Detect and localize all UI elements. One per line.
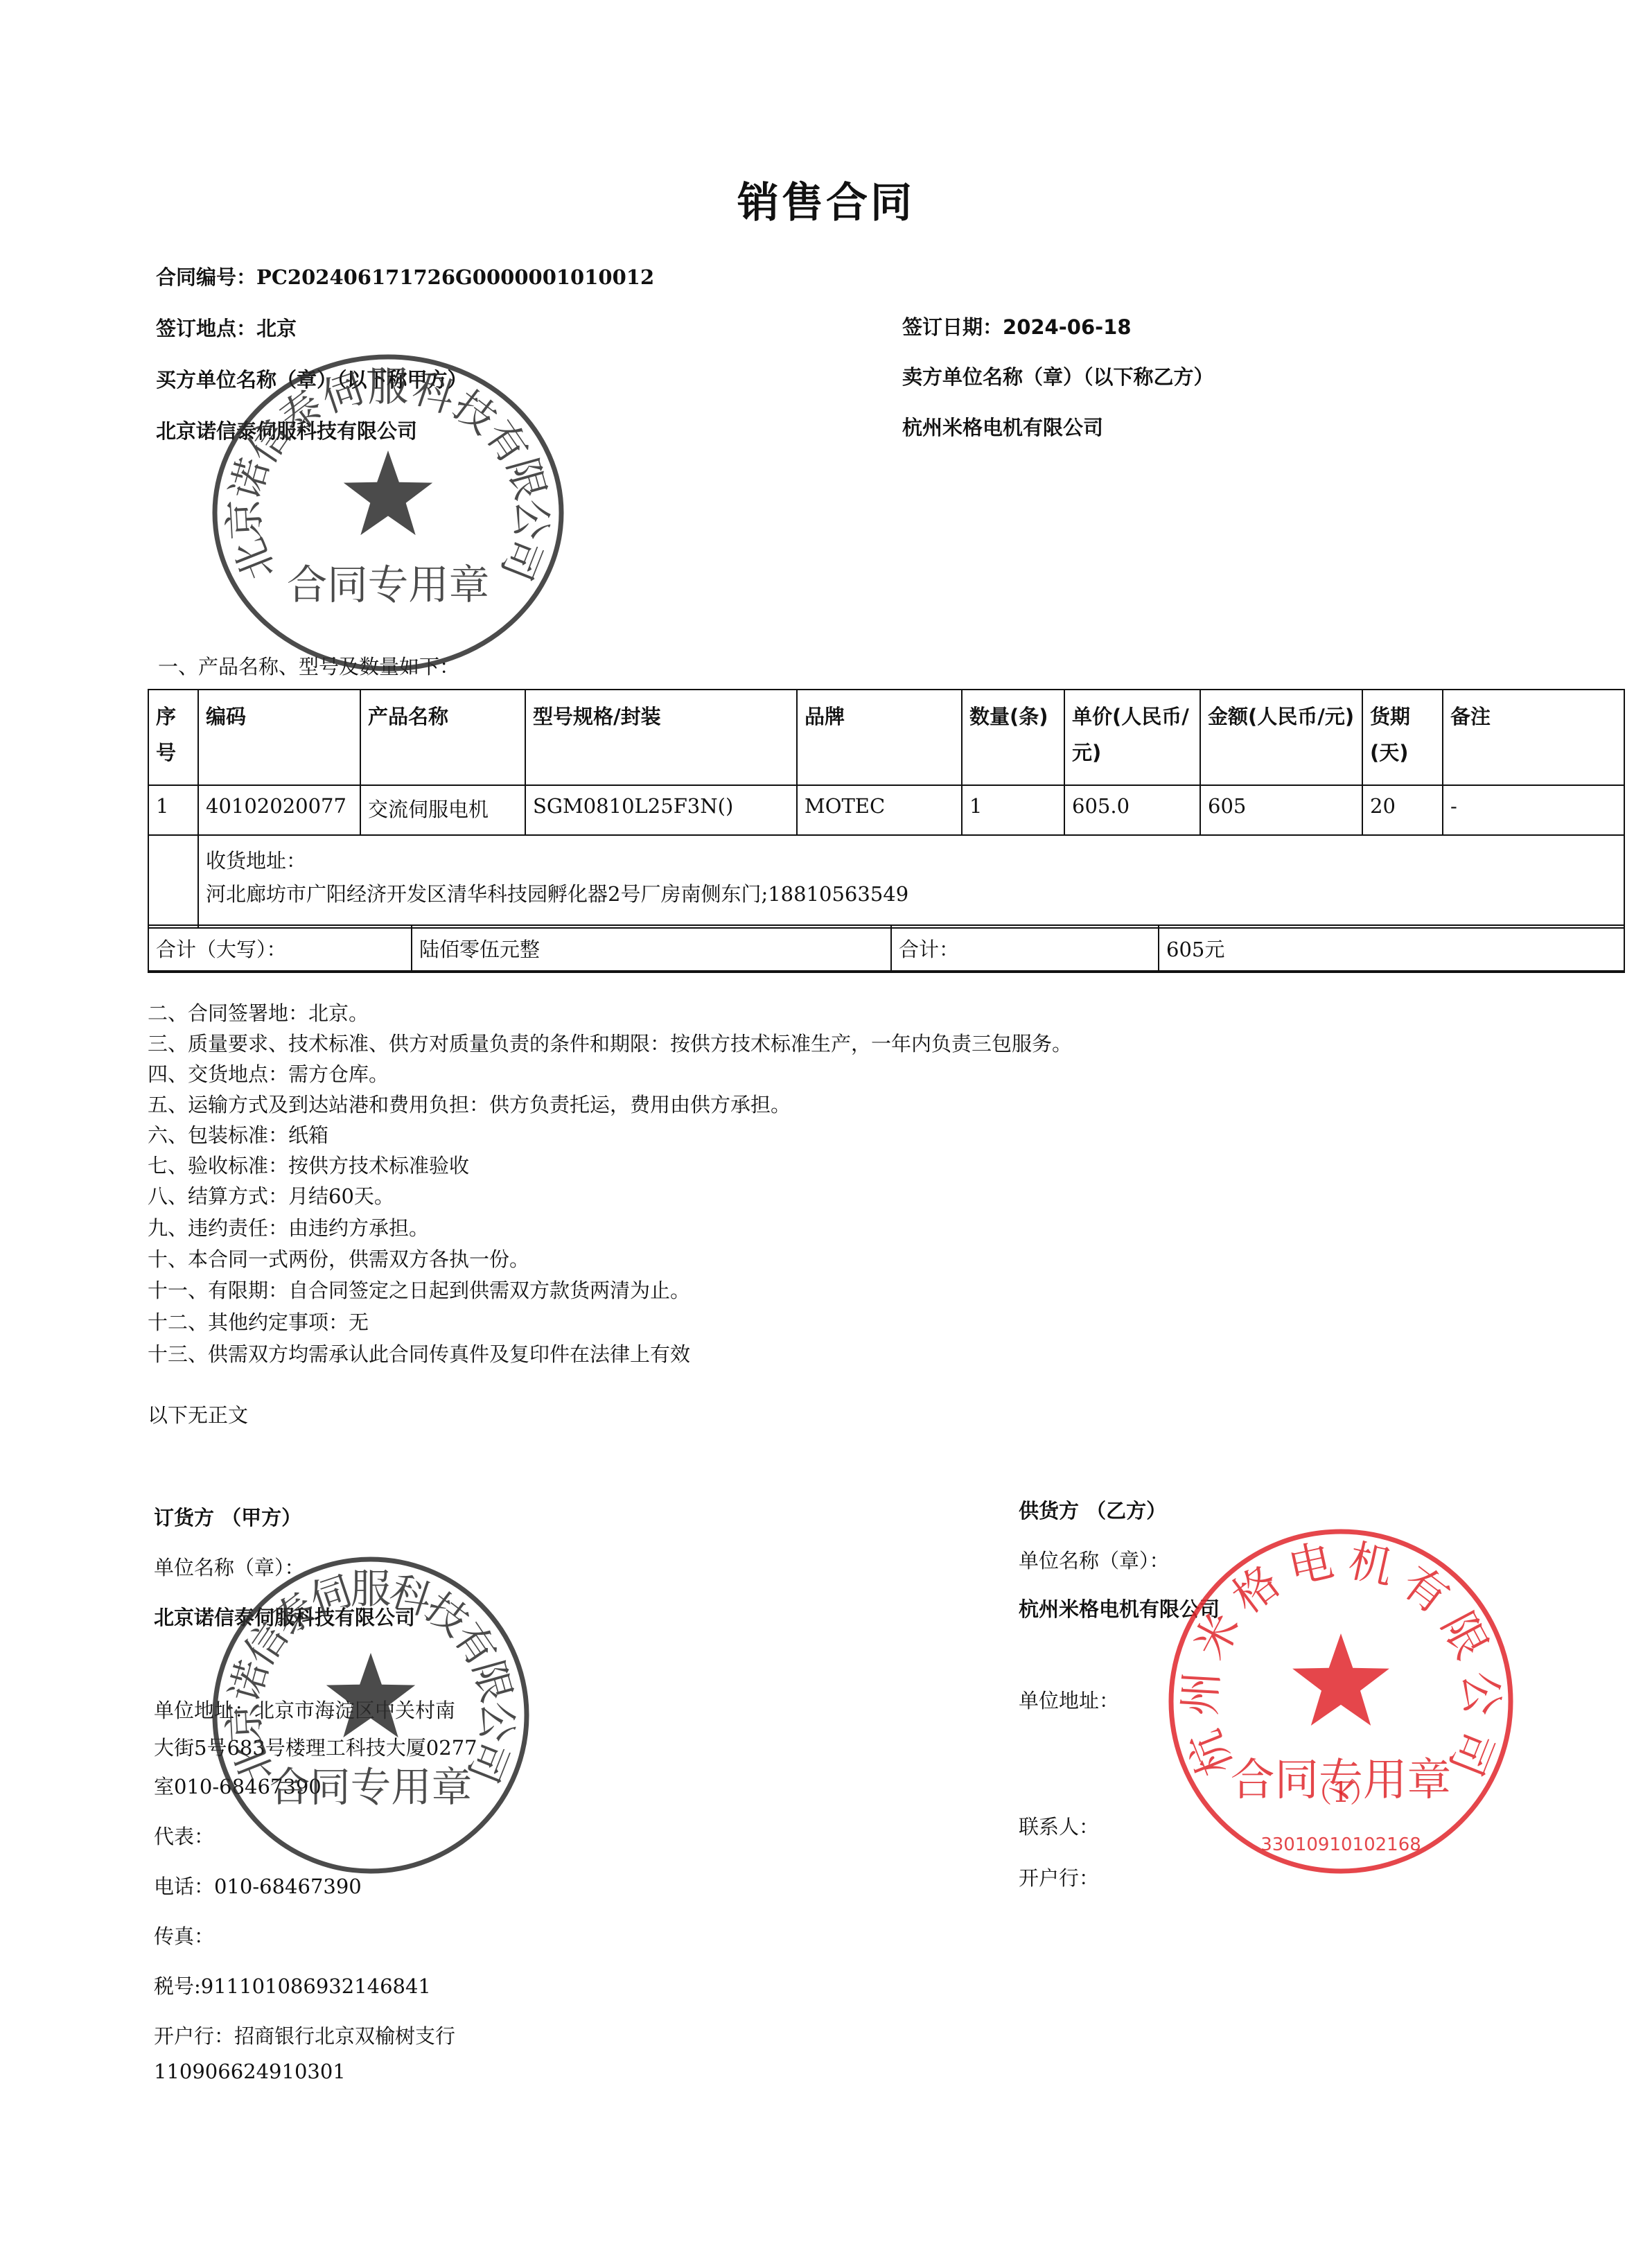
seller-address-label: 单位地址： [1019, 1685, 1119, 1714]
svg-text:电: 电 [1284, 1535, 1338, 1595]
cell-amount: 605 [1200, 785, 1362, 835]
term-5: 五、运输方式及到达站港和费用负担：供方负责托运，费用由供方承担。 [148, 1089, 791, 1118]
svg-text:限: 限 [498, 453, 554, 505]
seller-block-heading: 供货方 （乙方） [1019, 1496, 1166, 1524]
buyer-name: 北京诺信泰伺服科技有限公司 [156, 416, 417, 444]
buyer-block-name: 北京诺信泰伺服科技有限公司 [154, 1602, 415, 1631]
header-amount: 金额(人民币/元) [1200, 690, 1362, 785]
term-9: 九、违约责任：由违约方承担。 [148, 1213, 429, 1241]
svg-text:司: 司 [1439, 1723, 1502, 1782]
seller-contact-label: 联系人： [1019, 1812, 1099, 1840]
svg-text:限: 限 [464, 1656, 520, 1708]
contract-number-label: 合同编号： [156, 265, 256, 289]
document-title: 销售合同 [0, 170, 1652, 229]
svg-text:格: 格 [1223, 1557, 1289, 1624]
buyer-bank: 开户行：招商银行北京双榆树支行 [154, 2021, 455, 2049]
buyer-account: 110906624910301 [154, 2060, 346, 2083]
buyer-phone: 电话：010-68467390 [154, 1871, 362, 1900]
sign-date-value: 2024-06-18 [1003, 315, 1132, 339]
delivery-address-value: 河北廊坊市广阳经济开发区清华科技园孵化器2号厂房南侧东门;18810563549 [206, 877, 1617, 911]
total-upper-value: 陆佰零伍元整 [412, 925, 891, 972]
cell-code: 40102020077 [198, 785, 360, 835]
totals-table: 合计（大写）： 陆佰零伍元整 合计： 605元 [148, 924, 1625, 973]
term-2: 二、合同签署地：北京。 [148, 998, 369, 1026]
buyer-block-heading: 订货方 （甲方） [154, 1502, 301, 1531]
delivery-address-label: 收货地址： [206, 844, 1617, 877]
svg-text:机: 机 [1344, 1535, 1398, 1595]
sign-place: 签订地点：北京 [156, 313, 297, 342]
cell-index: 1 [148, 785, 198, 835]
table-header-row: 序号 编码 产品名称 型号规格/封装 品牌 数量(条) 单价(人民币/元) 金额… [148, 690, 1624, 785]
buyer-fax-label: 传真： [154, 1921, 214, 1949]
seller-company-seal: 杭州米格电机有限公司合同专用章（1）3301091010216​8 [1164, 1525, 1518, 1878]
buyer-company-seal: 北京诺信泰伺服科技有限公司合同专用章 [194, 347, 582, 679]
term-12: 十二、其他约定事项：无 [148, 1307, 369, 1335]
buyer-heading: 买方单位名称（章）（以下称甲方） [156, 365, 468, 393]
svg-text:司: 司 [492, 532, 551, 586]
total-label: 合计： [891, 925, 1159, 972]
seller-block-name-label: 单位名称（章）： [1019, 1545, 1170, 1574]
header-unit-price: 单价(人民币/元) [1064, 690, 1200, 785]
svg-text:北: 北 [225, 532, 284, 586]
buyer-rep-label: 代表： [154, 1821, 214, 1850]
total-upper-label: 合计（大写）： [148, 925, 412, 972]
svg-text:3301091010216​8: 3301091010216​8 [1260, 1834, 1421, 1855]
cell-quantity: 1 [962, 785, 1064, 835]
term-6: 六、包装标准：纸箱 [148, 1120, 328, 1148]
header-model: 型号规格/封装 [525, 690, 797, 785]
delivery-address-row: 收货地址： 河北廊坊市广阳经济开发区清华科技园孵化器2号厂房南侧东门;18810… [148, 835, 1624, 928]
header-code: 编码 [198, 690, 360, 785]
cell-model: SGM0810L25F3N() [525, 785, 797, 835]
term-13: 十三、供需双方均需承认此合同传真件及复印件在法律上有效 [148, 1339, 690, 1367]
contract-number: 合同编号：PC20240617172​6G0000001010012 [156, 262, 654, 290]
cell-lead-time: 20 [1362, 785, 1443, 835]
seller-heading: 卖方单位名称（章）（以下称乙方） [902, 362, 1214, 390]
cell-product-name: 交流伺服电机 [360, 785, 525, 835]
svg-text:杭: 杭 [1179, 1723, 1242, 1782]
sign-date-label: 签订日期： [902, 315, 1003, 339]
delivery-address-cell: 收货地址： 河北廊坊市广阳经济开发区清华科技园孵化器2号厂房南侧东门;18810… [198, 835, 1624, 928]
total-value: 605元 [1159, 925, 1624, 972]
cell-brand: MOTEC [797, 785, 962, 835]
svg-text:限: 限 [1431, 1604, 1497, 1667]
no-more-text: 以下无正文 [148, 1400, 248, 1428]
svg-text:公: 公 [1453, 1670, 1506, 1717]
svg-text:技: 技 [416, 1584, 477, 1646]
section-1-heading: 一、产品名称、型号及数量如下： [158, 651, 459, 680]
table-row: 1 40102020077 交流伺服电机 SGM0810L25F3N() MOT… [148, 785, 1624, 835]
sign-date: 签订日期：2024-06-18 [902, 312, 1132, 340]
svg-text:合同专用章: 合同专用章 [287, 561, 490, 608]
buyer-address-line-2: 大街5号683号楼理工科技大厦0277 [154, 1733, 477, 1761]
svg-text:（1）: （1） [1304, 1777, 1377, 1809]
term-10: 十、本合同一式两份，供需双方各执一份。 [148, 1244, 529, 1272]
term-4: 四、交货地点：需方仓库。 [148, 1059, 389, 1087]
items-table: 序号 编码 产品名称 型号规格/封装 品牌 数量(条) 单价(人民币/元) 金额… [148, 689, 1625, 929]
header-remark: 备注 [1443, 690, 1624, 785]
svg-text:合同专用章: 合同专用章 [1231, 1755, 1451, 1806]
header-quantity: 数量(条) [962, 690, 1064, 785]
svg-text:有: 有 [476, 412, 538, 472]
svg-text:有: 有 [1392, 1557, 1458, 1624]
buyer-tax-number: 税号:91110108693214​6841 [154, 1971, 431, 1999]
seller-bank-label: 开户行： [1019, 1863, 1099, 1891]
svg-text:公: 公 [472, 1701, 521, 1744]
buyer-block-name-label: 单位名称（章）： [154, 1552, 305, 1581]
svg-text:京: 京 [220, 498, 270, 541]
cell-remark: - [1443, 785, 1624, 835]
header-index: 序号 [148, 690, 198, 785]
seller-name: 杭州米格电机有限公司 [902, 412, 1103, 441]
seller-block-name: 杭州米格电机有限公司 [1019, 1594, 1220, 1622]
header-product-name: 产品名称 [360, 690, 525, 785]
header-brand: 品牌 [797, 690, 962, 785]
term-7: 七、验收标准：按供方技术标准验收 [148, 1150, 469, 1179]
svg-text:州: 州 [1175, 1670, 1228, 1717]
svg-text:诺: 诺 [222, 453, 278, 505]
svg-text:公: 公 [507, 498, 556, 541]
term-8: 八、结算方式：月结60天。 [148, 1181, 394, 1209]
address-spacer-cell [148, 835, 198, 928]
svg-text:有: 有 [444, 1614, 506, 1674]
sign-place-label: 签订地点： [156, 317, 256, 340]
sign-place-value: 北京 [256, 317, 297, 340]
cell-unit-price: 605.0 [1064, 785, 1200, 835]
term-11: 十一、有限期：自合同签定之日起到供需双方款货两清为止。 [148, 1275, 690, 1304]
buyer-address-line-1: 单位地址：北京市海淀区中关村南 [154, 1695, 455, 1724]
term-3: 三、质量要求、技术标准、供方对质量负责的条件和期限：按供方技术标准生产，一年内负… [148, 1028, 1072, 1057]
contract-number-value: PC20240617172​6G0000001010012 [256, 265, 654, 289]
totals-row: 合计（大写）： 陆佰零伍元整 合计： 605元 [148, 925, 1624, 972]
buyer-address-line-3: 室010-68467390 [154, 1771, 322, 1800]
header-lead-time: 货期(天) [1362, 690, 1443, 785]
